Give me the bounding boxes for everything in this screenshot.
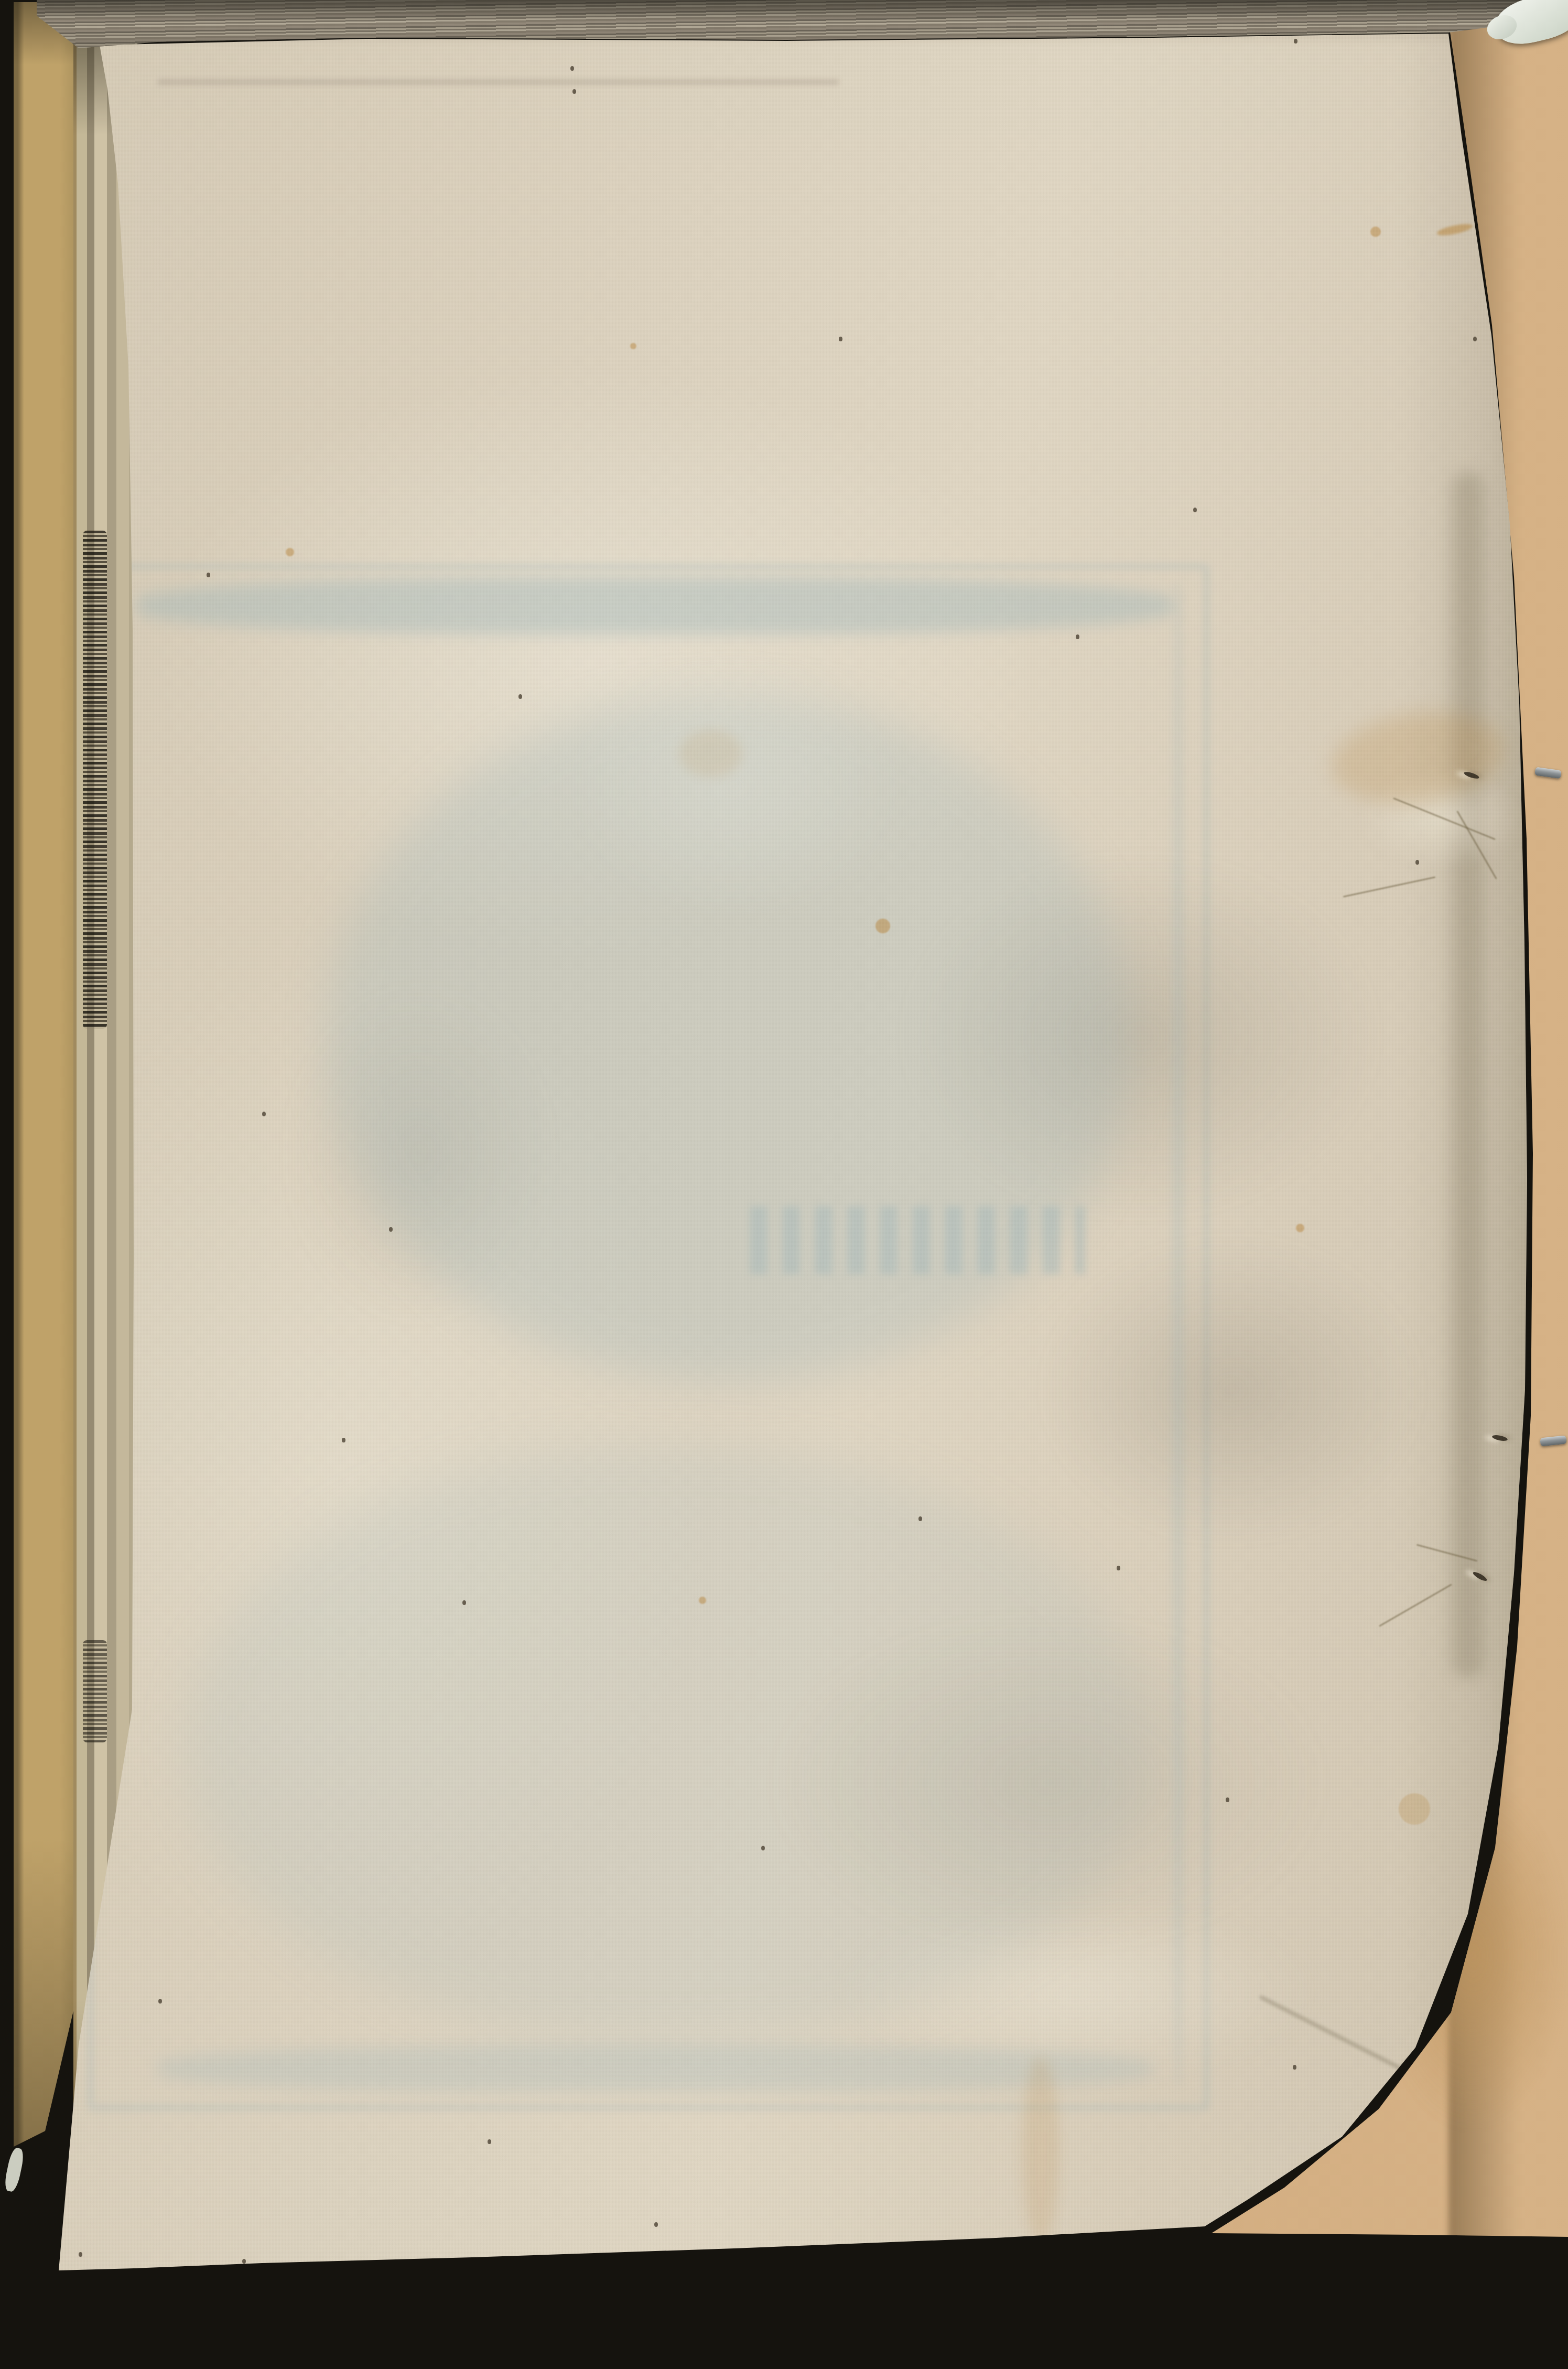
paper-speck <box>1076 634 1079 639</box>
paper-speck <box>1293 2065 1296 2070</box>
gutter-print-marks <box>83 531 107 1029</box>
crease-line <box>157 80 839 84</box>
gutter-print-marks <box>83 1640 107 1742</box>
book-cover-edge <box>14 2 80 2162</box>
paper-speck <box>839 337 842 341</box>
foxing-spot <box>630 343 636 349</box>
paper-speck <box>570 66 574 71</box>
stitch-hole <box>1463 771 1479 780</box>
underlying-tan-page <box>0 0 1568 2369</box>
paper-speck <box>158 1999 162 2004</box>
paper-speck <box>1226 1797 1229 1802</box>
paper-speck <box>389 1227 393 1232</box>
paper-highlight <box>498 603 970 970</box>
foxing-spot <box>1370 227 1381 237</box>
showthrough-mark <box>750 1206 1085 1274</box>
stain <box>1022 2055 1059 2244</box>
showthrough-mark <box>136 577 1174 634</box>
paper-speck <box>572 89 576 94</box>
paper-speck <box>1117 1566 1120 1570</box>
wrinkle-shadow <box>236 918 603 1390</box>
paper-speck <box>462 1600 466 1605</box>
book-scan <box>0 0 1568 2369</box>
paper-speck <box>654 2222 658 2227</box>
showthrough-frame <box>88 564 1209 2110</box>
foxing-spot <box>875 919 890 933</box>
paper-speck <box>342 1438 345 1442</box>
staple-fragment <box>1540 1435 1566 1446</box>
crease-line <box>1401 1963 1523 2066</box>
tear-crack <box>1379 1584 1452 1627</box>
foxing-spot <box>699 1597 706 1604</box>
foxing-spot <box>1399 1793 1430 1825</box>
paper-speck <box>488 2139 491 2144</box>
fore-edge-hardware-layer <box>0 0 1568 2369</box>
page-marks-layer <box>0 0 1568 2369</box>
wrinkle-shadow <box>970 1180 1494 1599</box>
showthrough-mark <box>325 692 1132 1384</box>
tear-highlight <box>1332 750 1552 886</box>
paper-speck <box>1294 39 1297 44</box>
wrinkle-shadow <box>655 1547 1442 2019</box>
crease-line <box>1259 1995 1457 2098</box>
staple-fragment <box>1534 767 1562 779</box>
stain <box>679 730 742 777</box>
tear-crack <box>1343 876 1436 897</box>
page-holder-clip <box>1484 11 1520 43</box>
tear-crack <box>1456 811 1497 879</box>
paper-speck <box>262 1112 266 1116</box>
blank-verso-page <box>0 0 1568 2369</box>
tear-crack <box>1416 1544 1478 1562</box>
showthrough-mark <box>1173 582 1183 2087</box>
paper-speck <box>1473 337 1477 341</box>
paper-speck <box>1415 860 1419 865</box>
paper-sliver <box>3 2147 26 2193</box>
paper-speck <box>518 694 522 699</box>
showthrough-mark <box>183 1442 1153 2045</box>
paper-speck <box>1193 508 1197 512</box>
stitch-hole <box>1491 1434 1508 1442</box>
paper-speck <box>207 573 210 577</box>
wrinkle-shadow <box>813 787 1468 1285</box>
showthrough-mark <box>157 2045 1153 2092</box>
paper-speck <box>79 2252 82 2257</box>
foxing-spot <box>1296 1224 1304 1232</box>
stain <box>1326 702 1510 814</box>
gutter-page-edges <box>73 30 137 2268</box>
foxing-spot <box>286 548 294 556</box>
tear-crack <box>1393 798 1496 840</box>
paper-speck <box>761 1846 765 1850</box>
stitch-hole <box>1472 1570 1488 1582</box>
page-holder-clip <box>1491 0 1568 50</box>
fold-shadow <box>1452 472 1484 1678</box>
stain <box>1436 222 1474 238</box>
paper-highlight <box>734 1861 1415 2124</box>
top-page-edges-stack <box>0 0 1568 63</box>
paper-speck <box>242 2259 246 2264</box>
paper-speck <box>918 1516 922 1521</box>
